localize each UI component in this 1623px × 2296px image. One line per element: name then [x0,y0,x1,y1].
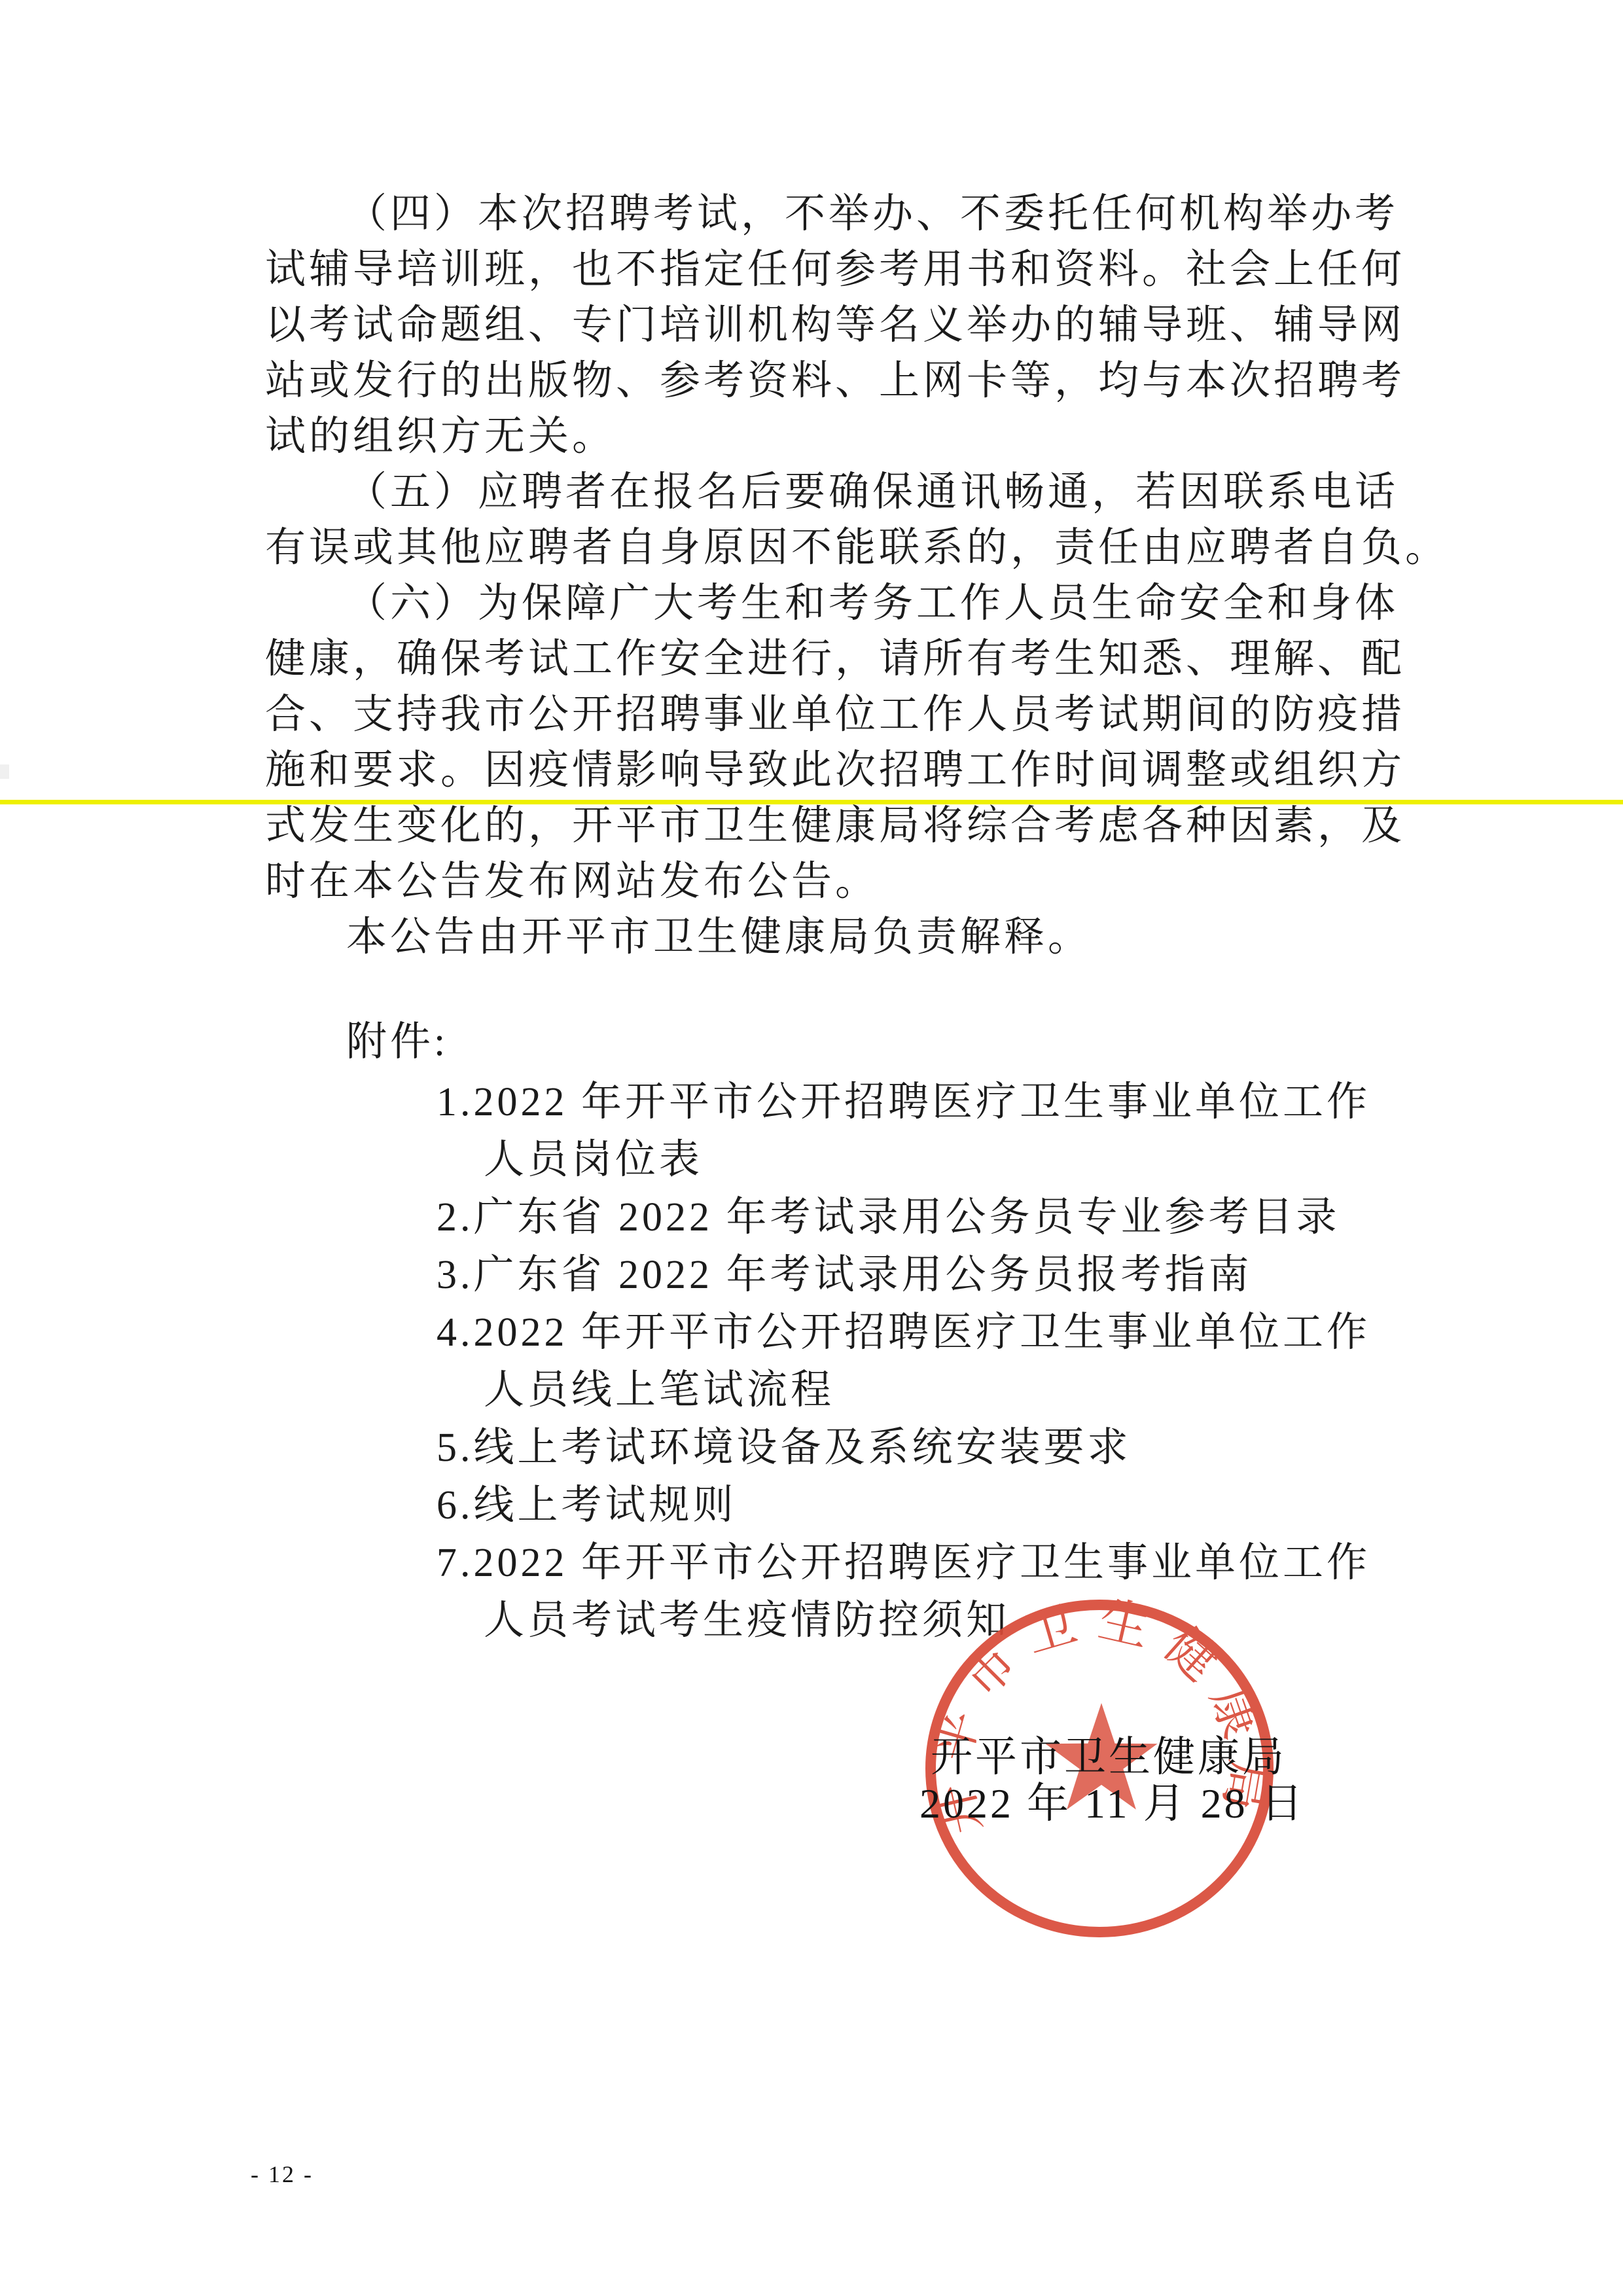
scan-artifact [0,764,9,779]
attachment-item: 7.2022 年开平市公开招聘医疗卫生事业单位工作 [437,1535,1370,1592]
text-line: （五）应聘者在报名后要确保通讯畅通，若因联系电话 [346,464,1399,521]
attachment-item: 4.2022 年开平市公开招聘医疗卫生事业单位工作 [437,1304,1370,1361]
text-line: 施和要求。因疫情影响导致此次招聘工作时间调整或组织方 [265,742,1405,799]
closing-line: 本公告由开平市卫生健康局负责解释。 [346,909,1092,966]
attachments-label: 附件: [346,1014,448,1071]
text-line: 式发生变化的，开平市卫生健康局将综合考虑各种因素，及 [265,798,1405,855]
text-line: 试的组织方无关。 [265,408,616,465]
signature-date: 2022 年 11 月 28 日 [919,1778,1306,1830]
text-line: 时在本公告发布网站发布公告。 [265,853,879,910]
text-line: 站或发行的出版物、参考资料、上网卡等，均与本次招聘考 [265,353,1405,410]
signature-org: 开平市卫生健康局 [931,1731,1287,1784]
attachment-item: 1.2022 年开平市公开招聘医疗卫生事业单位工作 [437,1074,1370,1131]
scanned-document-page: （四）本次招聘考试，不举办、不委托任何机构举办考 试辅导培训班，也不指定任何参考… [0,0,1623,2296]
attachment-item-continuation: 人员线上笔试流程 [484,1362,834,1419]
text-line: 健康，确保考试工作安全进行，请所有考生知悉、理解、配 [265,631,1405,688]
attachment-item: 3.广东省 2022 年考试录用公务员报考指南 [437,1247,1253,1304]
attachment-item: 5.线上考试环境设备及系统安装要求 [437,1420,1132,1477]
text-line: （六）为保障广大考生和考务工作人员生命安全和身体 [346,575,1399,632]
text-line: 合、支持我市公开招聘事业单位工作人员考试期间的防疫措 [265,687,1405,744]
attachment-item: 2.广东省 2022 年考试录用公务员专业参考目录 [437,1189,1340,1246]
text-line: 试辅导培训班，也不指定任何参考用书和资料。社会上任何 [265,242,1405,298]
attachment-item-continuation: 人员岗位表 [484,1132,703,1189]
page-number: - 12 - [251,2160,313,2189]
text-line: 有误或其他应聘者自身原因不能联系的，责任由应聘者自负。 [265,520,1449,577]
text-line: （四）本次招聘考试，不举办、不委托任何机构举办考 [346,186,1399,243]
text-line: 以考试命题组、专门培训机构等名义举办的辅导班、辅导网 [265,297,1405,354]
attachment-item: 6.线上考试规则 [437,1477,737,1534]
